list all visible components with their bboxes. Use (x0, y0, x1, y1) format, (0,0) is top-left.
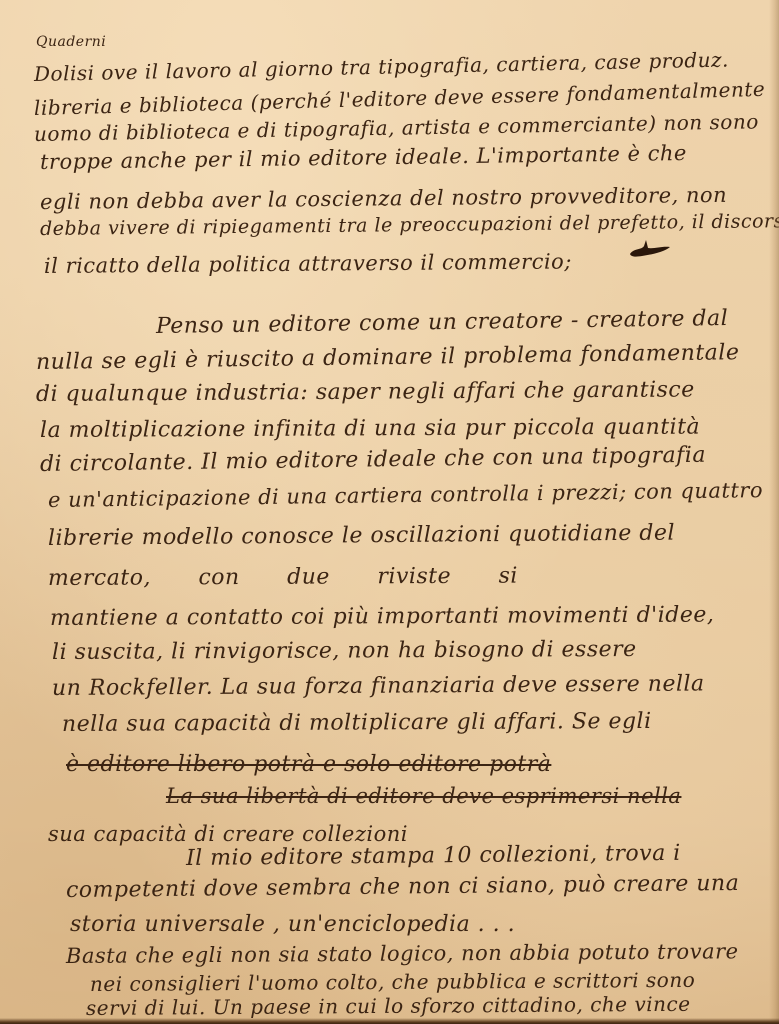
text-line: nella sua capacità di moltiplicare gli a… (62, 709, 652, 737)
manuscript-page: Quaderni Dolisi ove il lavoro al giorno … (0, 0, 779, 1024)
text-line: di circolante. Il mio editore ideale che… (40, 443, 706, 477)
text-line: sua capacità di creare collezioni (48, 822, 408, 846)
text-line: di qualunque industria: saper negli affa… (36, 377, 695, 407)
text-line: debba vivere di ripiegamenti tra le preo… (40, 210, 779, 240)
paper-edge-right (769, 0, 779, 1024)
ink-blot (628, 240, 672, 258)
text-line: servi di lui. Un paese in cui lo sforzo … (86, 992, 691, 1020)
text-line: mantiene a contatto coi più importanti m… (50, 603, 714, 631)
text-line: la moltiplicazione infinita di una sia p… (40, 415, 700, 443)
text-line: Basta che egli non sia stato logico, non… (66, 939, 739, 968)
struck-line: è editore libero potrà e solo editore po… (66, 752, 551, 777)
text-line: nulla se egli è riuscito a dominare il p… (36, 340, 740, 375)
text-line: La sua libertà di editore deve esprimers… (166, 784, 681, 808)
text-line: storia universale , un'enciclopedia . . … (70, 912, 515, 937)
text-line: Penso un editore come un creatore - crea… (156, 306, 729, 339)
text-line: e un'anticipazione di una cartiera contr… (48, 478, 763, 512)
heading-note: Quaderni (36, 34, 106, 50)
text-line: Il mio editore stampa 10 collezioni, tro… (186, 841, 681, 871)
text-line: librerie modello conosce le oscillazioni… (48, 521, 675, 551)
text-line: mercato, con due riviste si (48, 564, 518, 591)
text-line: troppe anche per il mio editore ideale. … (40, 141, 687, 174)
text-line: un Rockfeller. La sua forza finanziaria … (52, 671, 705, 701)
text-line: li suscita, li rinvigorisce, non ha biso… (52, 637, 637, 665)
text-line: il ricatto della politica attraverso il … (44, 249, 572, 278)
text-line: egli non debba aver la coscienza del nos… (40, 183, 727, 214)
paper-edge-bottom (0, 1018, 779, 1024)
text-line: competenti dove sembra che non ci siano,… (66, 871, 740, 903)
